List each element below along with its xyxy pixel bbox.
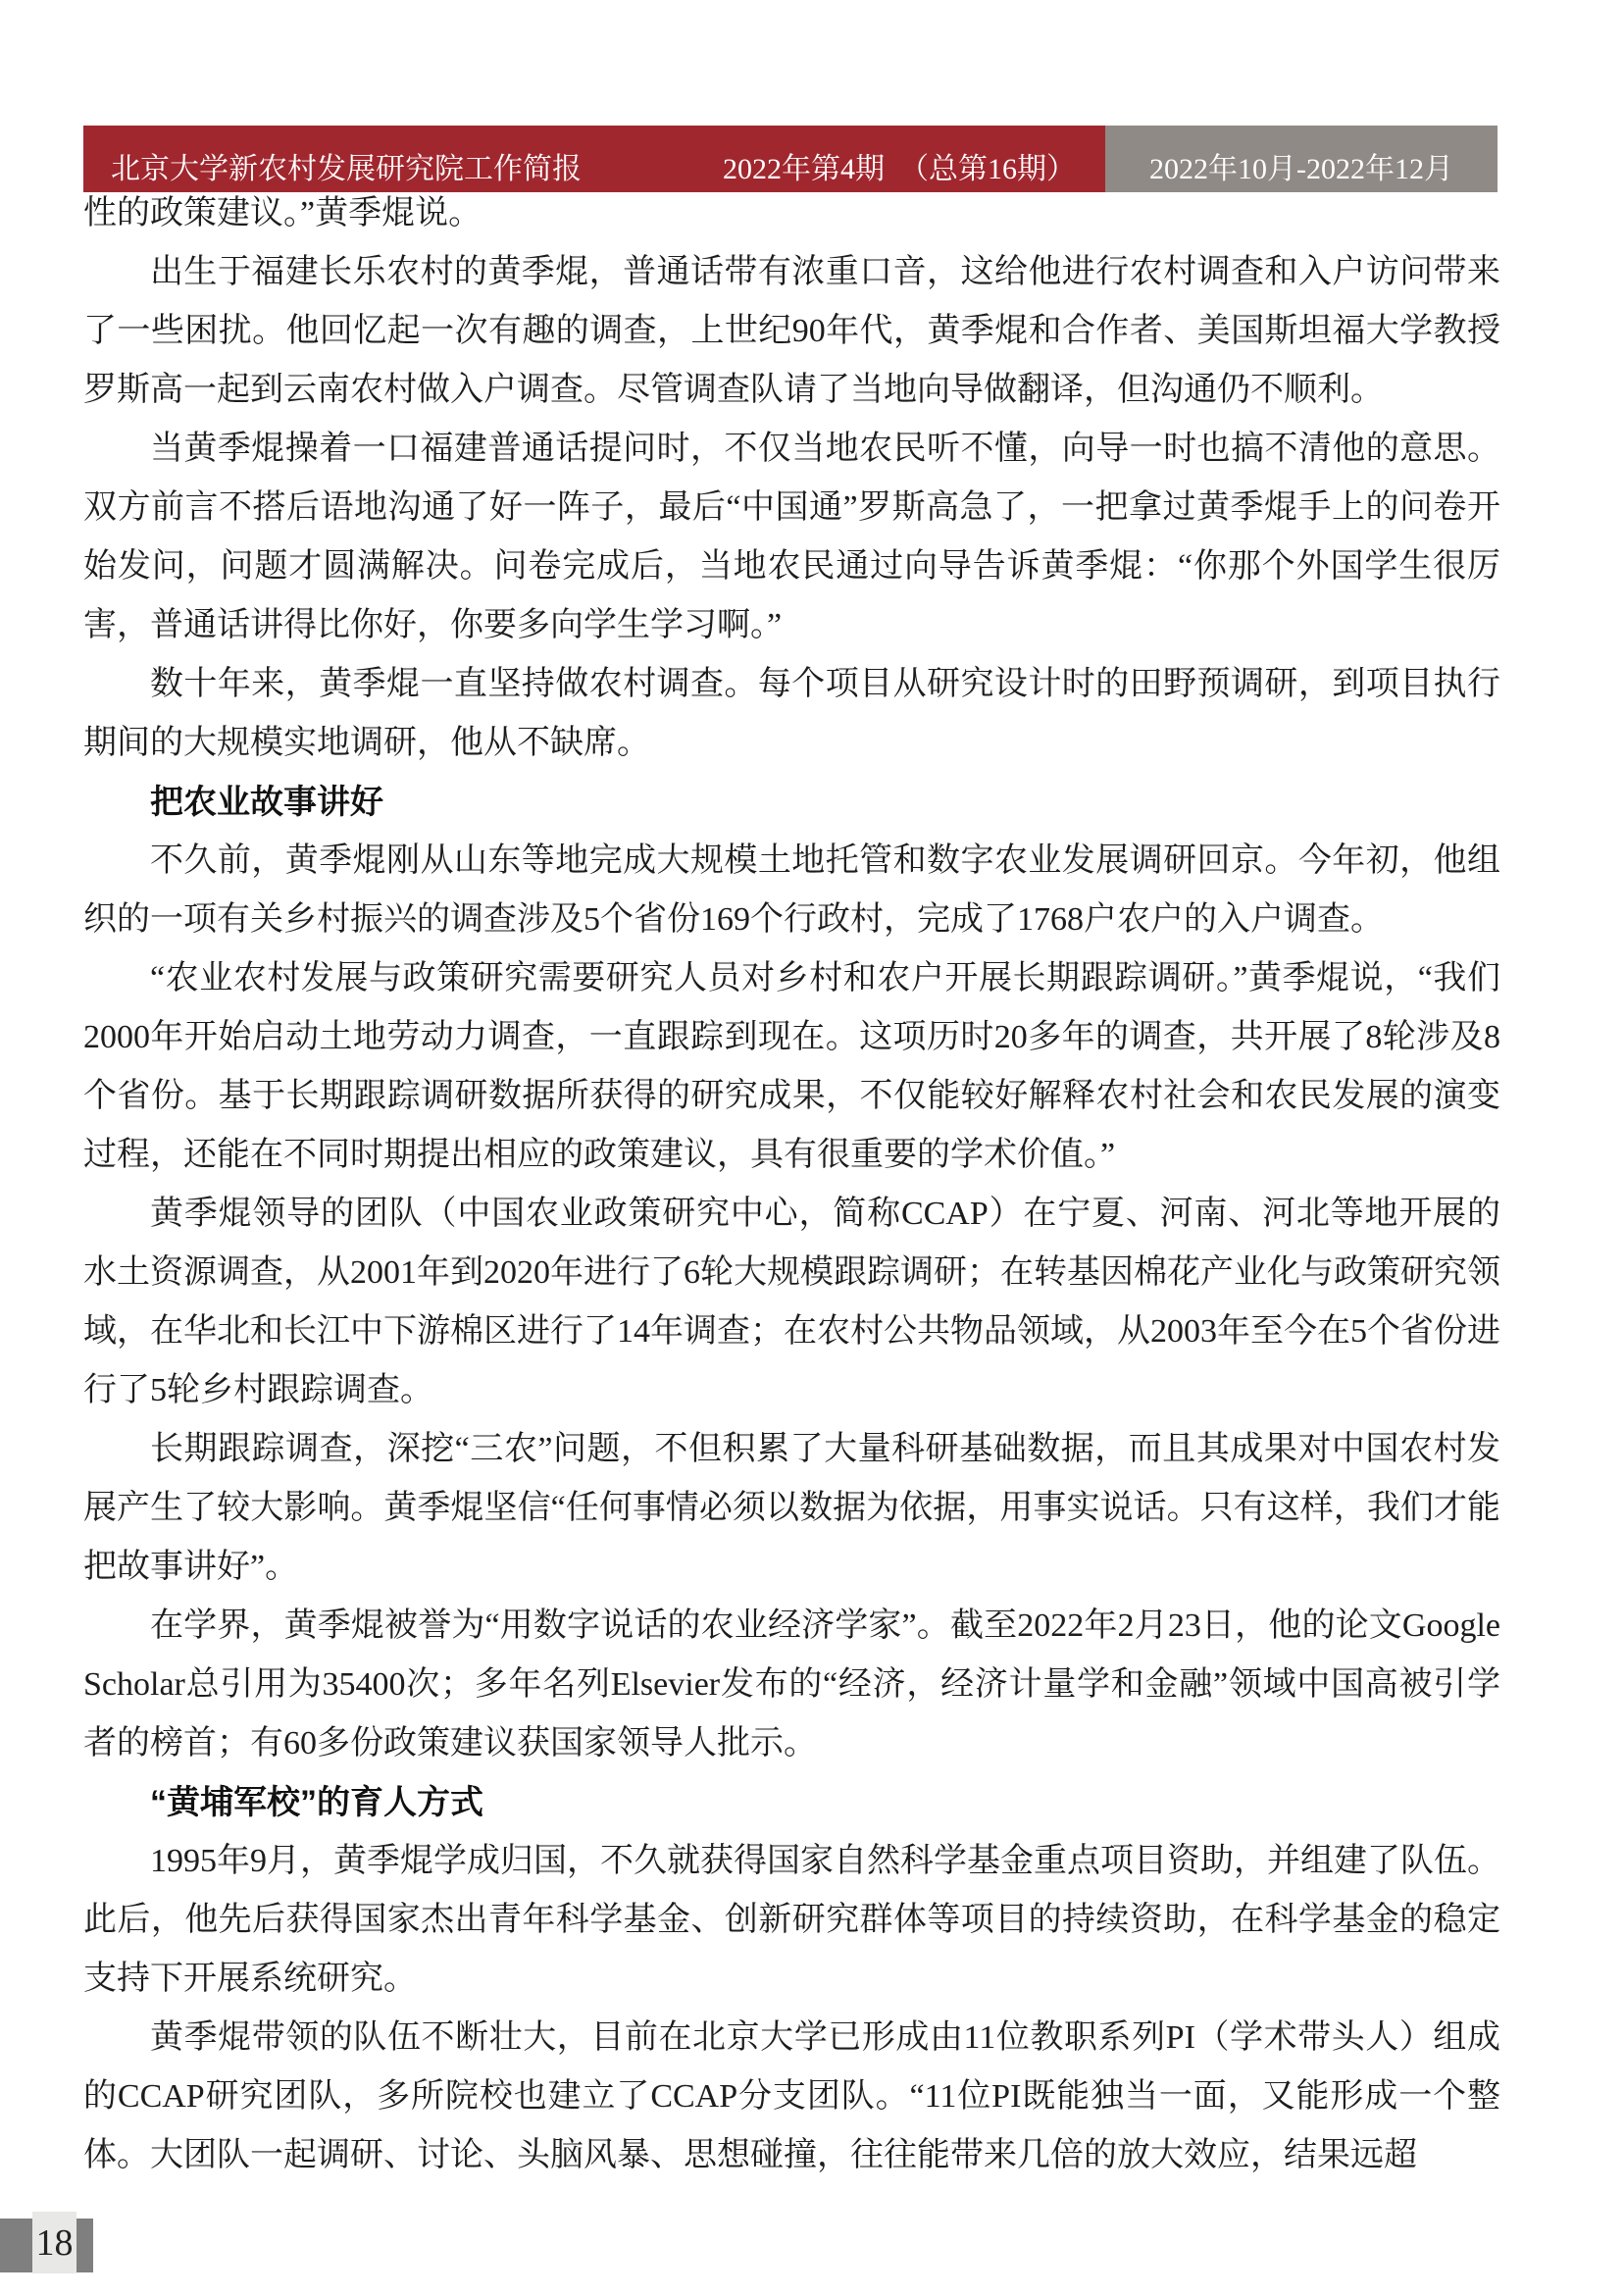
header-gray-section: 2022年10月-2022年12月 — [1105, 126, 1497, 192]
paragraph: 黄季焜带领的队伍不断壮大，目前在北京大学已形成由11位教职系列PI（学术带头人）… — [83, 2009, 1500, 2185]
paragraph: 黄季焜领导的团队（中国农业政策研究中心，简称CCAP）在宁夏、河南、河北等地开展… — [83, 1185, 1500, 1420]
paragraph: 不久前，黄季焜刚从山东等地完成大规模土地托管和数字农业发展调研回京。今年初，他组… — [83, 832, 1500, 949]
article-body: 性的政策建议。”黄季焜说。 出生于福建长乐农村的黄季焜，普通话带有浓重口音，这给… — [83, 184, 1500, 2185]
newsletter-page: 北京大学新农村发展研究院工作简报 2022年第4期 （总第16期） 2022年1… — [0, 0, 1624, 2296]
page-header: 北京大学新农村发展研究院工作简报 2022年第4期 （总第16期） 2022年1… — [83, 126, 1497, 192]
page-number: 18 — [32, 2212, 76, 2273]
paragraph: 在学界，黄季焜被誉为“用数字说话的农业经济学家”。截至2022年2月23日，他的… — [83, 1597, 1500, 1773]
issue-info: 2022年第4期 （总第16期） — [723, 153, 1076, 186]
paragraph: 1995年9月，黄季焜学成归国，不久就获得国家自然科学基金重点项目资助，并组建了… — [83, 1832, 1500, 2009]
section-heading-huangpu-academy: “黄埔军校”的育人方式 — [83, 1773, 1500, 1832]
newsletter-title: 北京大学新农村发展研究院工作简报 — [111, 153, 582, 186]
paragraph: 性的政策建议。”黄季焜说。 — [83, 184, 1500, 243]
paragraph: “农业农村发展与政策研究需要研究人员对乡村和农户开展长期跟踪调研。”黄季焜说，“… — [83, 949, 1500, 1185]
section-heading-agriculture-story: 把农业故事讲好 — [83, 773, 1500, 832]
paragraph: 出生于福建长乐农村的黄季焜，普通话带有浓重口音，这给他进行农村调查和入户访问带来… — [83, 243, 1500, 420]
header-red-section: 北京大学新农村发展研究院工作简报 2022年第4期 （总第16期） — [83, 126, 1105, 192]
paragraph: 长期跟踪调查，深挖“三农”问题，不但积累了大量科研基础数据，而且其成果对中国农村… — [83, 1420, 1500, 1597]
date-range: 2022年10月-2022年12月 — [1149, 153, 1453, 186]
paragraph: 数十年来，黄季焜一直坚持做农村调查。每个项目从研究设计时的田野预调研，到项目执行… — [83, 655, 1500, 773]
paragraph: 当黄季焜操着一口福建普通话提问时，不仅当地农民听不懂，向导一时也搞不清他的意思。… — [83, 420, 1500, 655]
